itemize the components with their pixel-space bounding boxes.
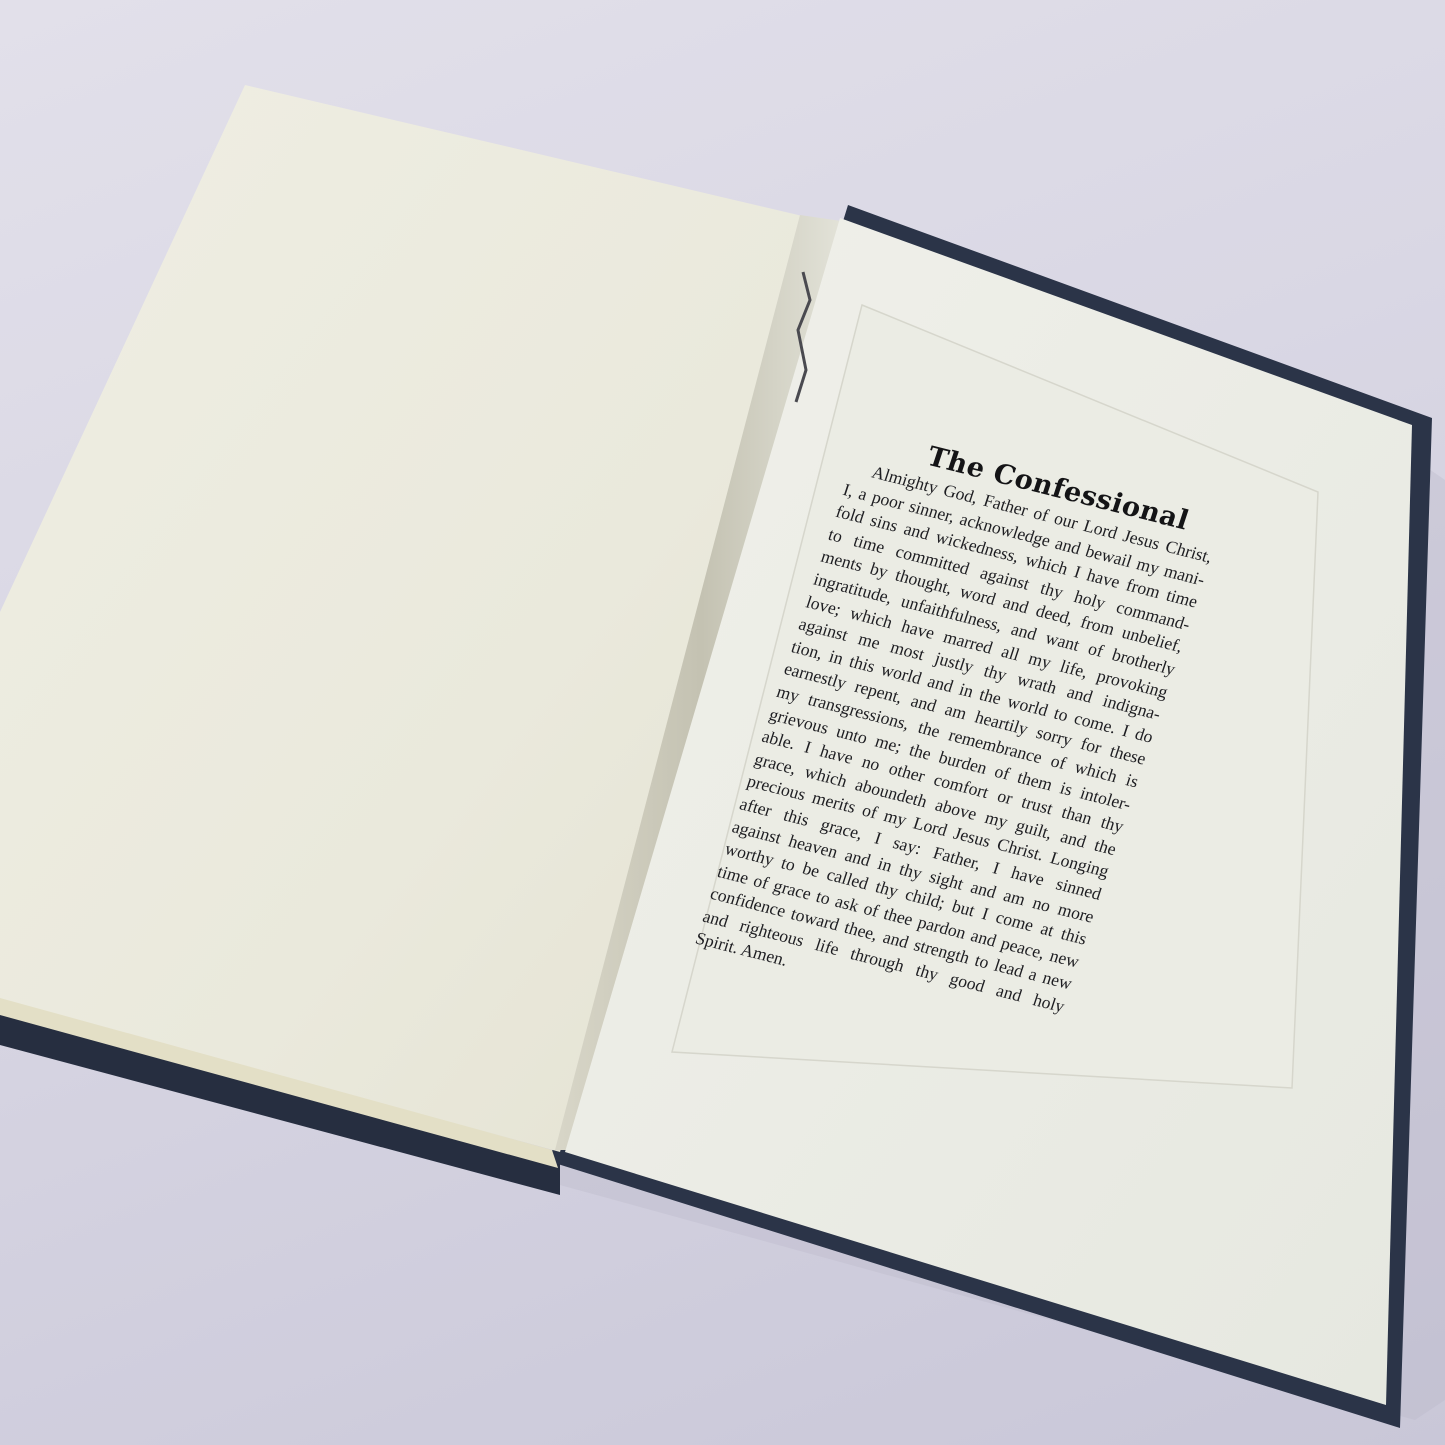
confessional-text: The Confessional Almighty God, Father of… (692, 424, 1225, 1041)
spine-tear (796, 272, 810, 402)
left-page (0, 85, 828, 1152)
left-page-edges (0, 995, 558, 1168)
cover-left-edge (0, 1005, 560, 1195)
book-scene (0, 0, 1445, 1445)
